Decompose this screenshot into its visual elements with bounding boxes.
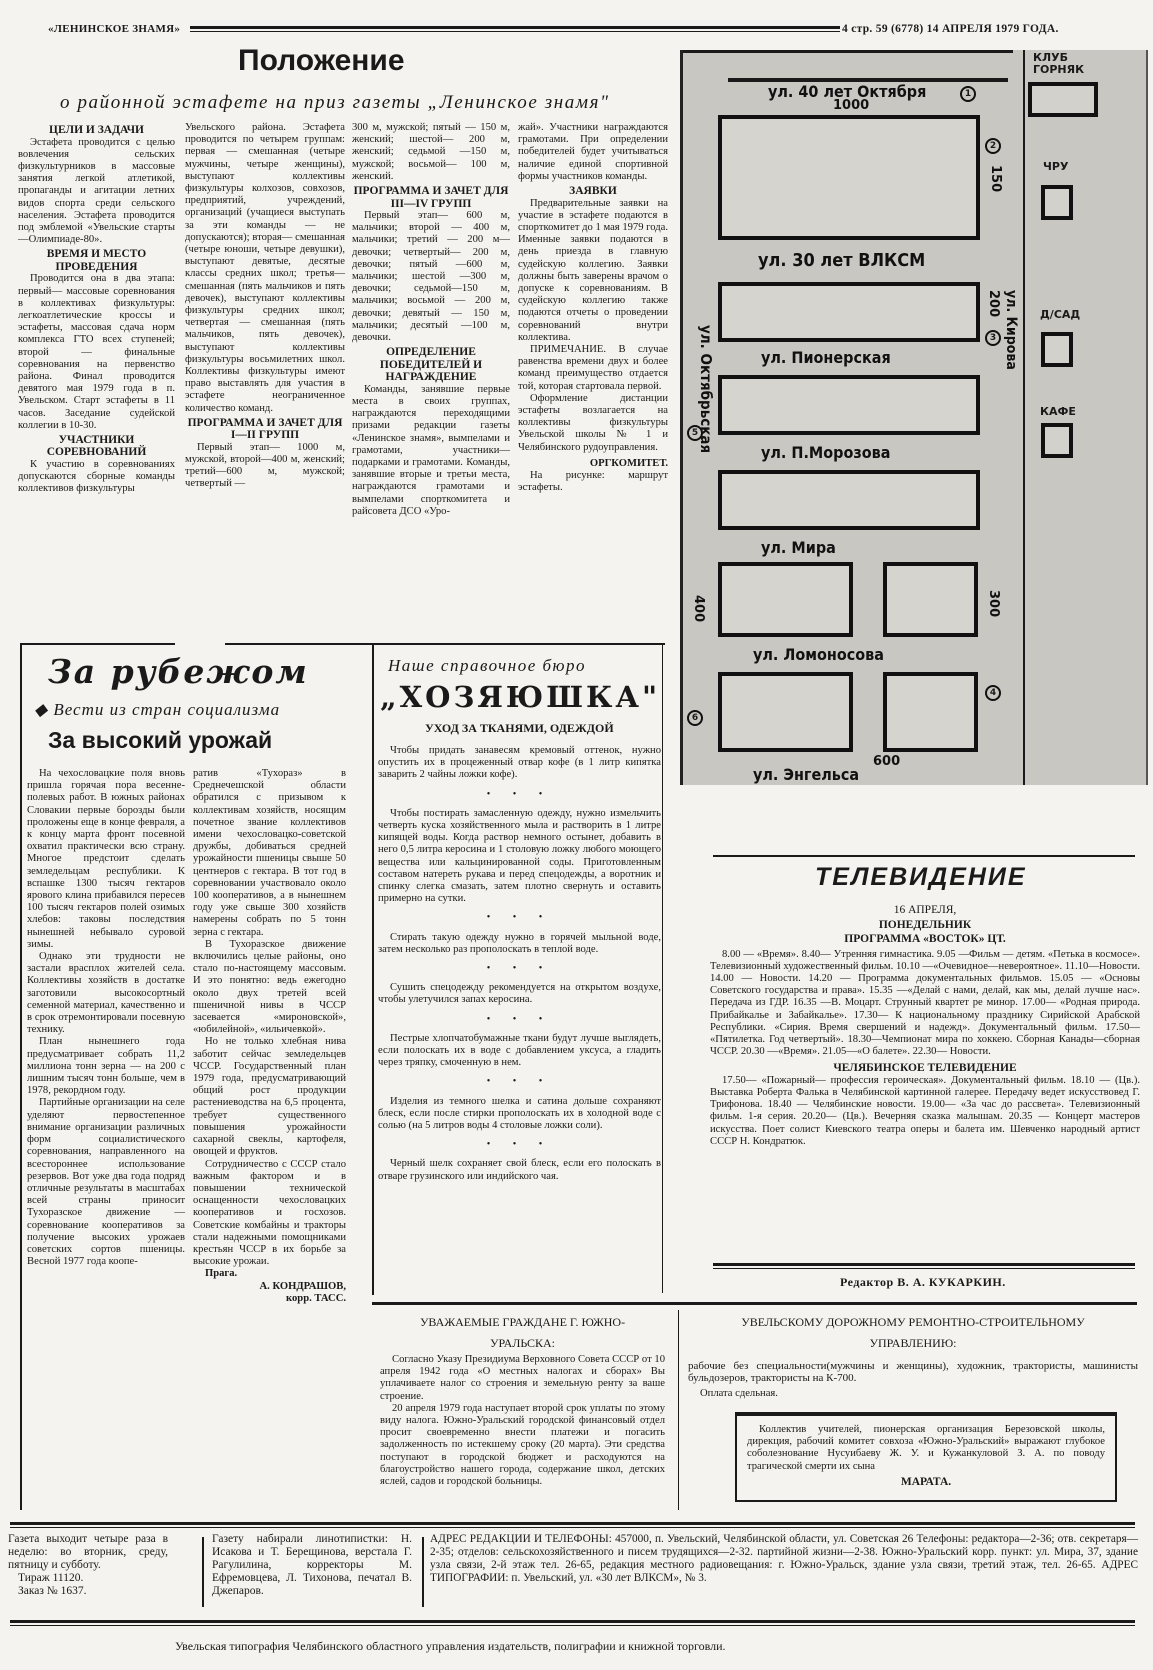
box-border bbox=[20, 643, 22, 1510]
tip: Пестрые хлопчатобумажные ткани будут луч… bbox=[378, 1033, 661, 1070]
paragraph: ПРИМЕЧАНИЕ. В случае равенства времени д… bbox=[518, 344, 668, 393]
paragraph: К участию в соревнованиях допускаются сб… bbox=[18, 459, 175, 496]
issue-info: 4 стр. 59 (6778) 14 АПРЕЛЯ 1979 ГОДА. bbox=[842, 23, 1059, 35]
separator: • • • bbox=[378, 789, 661, 801]
section-heading: ЦЕЛИ И ЗАДАЧИ bbox=[18, 124, 175, 137]
section-subtitle: УХОД ЗА ТКАНЯМИ, ОДЕЖДОЙ bbox=[425, 721, 614, 736]
checkpoint-marker: 1 bbox=[960, 86, 976, 102]
footer-schedule: Газета выходит четыре раза в неделю: во … bbox=[8, 1533, 168, 1598]
tv-program-title: ПРОГРАММА «ВОСТОК» ЦТ. bbox=[710, 933, 1140, 946]
distance-label: 600 bbox=[873, 754, 900, 769]
printer-credit: Увельская типография Челябинского област… bbox=[175, 1640, 726, 1653]
street-label: ул. 30 лет ВЛКСМ bbox=[758, 250, 925, 271]
newspaper-name: «ЛЕНИНСКОЕ ЗНАМЯ» bbox=[48, 23, 180, 35]
figure-caption: На рисунке: маршрут эстафеты. bbox=[518, 470, 668, 494]
city-block bbox=[718, 375, 980, 435]
paragraph: Увельского района. Эстафета проводится п… bbox=[185, 122, 345, 415]
abroad-col-1: На чехословацкие поля вновь пришла горяч… bbox=[27, 768, 185, 1268]
paragraph: Согласно Указу Президиума Верховного Сов… bbox=[380, 1354, 665, 1403]
rule bbox=[372, 1302, 1137, 1305]
relay-col-1: ЦЕЛИ И ЗАДАЧИ Эстафета проводится с цель… bbox=[18, 122, 175, 496]
paragraph: Команды, занявшие первые места в своих г… bbox=[352, 384, 510, 518]
tv-title: ТЕЛЕВИДЕНИЕ bbox=[815, 863, 1027, 892]
separator: • • • bbox=[378, 1139, 661, 1151]
tip: Изделия из темного шелка и сатина дольше… bbox=[378, 1096, 661, 1133]
landmark-label: КАФЕ bbox=[1040, 405, 1076, 418]
tax-notice-title: УВАЖАЕМЫЕ ГРАЖДАНЕ Г. ЮЖНО- bbox=[380, 1312, 665, 1333]
landmark-label: КЛУБ ГОРНЯК bbox=[1033, 52, 1093, 76]
paragraph: Первый этап— 600 м, мальчики; второй — 4… bbox=[352, 210, 510, 344]
typesetters-credit: Газету набирали линотипистки: Н. Исакова… bbox=[212, 1533, 412, 1598]
paragraph: 20 апреля 1979 года наступает второй сро… bbox=[380, 1403, 665, 1488]
rubric-subtitle-text: Вести из стран социализма bbox=[53, 700, 280, 719]
city-block bbox=[883, 562, 978, 637]
paragraph: жай». Участники награждаются грамотами. … bbox=[518, 122, 668, 183]
footer-rule bbox=[10, 1522, 1135, 1528]
tax-notice-title: УРАЛЬСКА: bbox=[380, 1333, 665, 1354]
tips-list: Чтобы придать занавесям кремовый оттенок… bbox=[378, 745, 661, 1183]
relay-col-2: Увельского района. Эстафета проводится п… bbox=[185, 122, 345, 491]
rubric-subtitle: ◆ Вести из стран социализма bbox=[34, 700, 280, 720]
tv-program-title: ЧЕЛЯБИНСКОЕ ТЕЛЕВИДЕНИЕ bbox=[710, 1062, 1140, 1075]
relay-route-map: ул. 40 лет Октября 1000 1 ул. 30 лет ВЛК… bbox=[680, 50, 1148, 785]
section-heading: ПРОГРАММА И ЗАЧЕТ ДЛЯ I—II ГРУПП bbox=[185, 417, 345, 442]
section-heading: ОПРЕДЕЛЕНИЕ ПОБЕДИТЕЛЕЙ И НАГРАЖДЕНИЕ bbox=[352, 346, 510, 384]
city-block bbox=[718, 470, 980, 530]
tip: Сушить спецодежду рекомендуется на откры… bbox=[378, 982, 661, 1006]
separator: • • • bbox=[378, 1076, 661, 1088]
paragraph: ратив «Тухораз» в Среднечешской области … bbox=[193, 768, 346, 939]
street-label: ул. Ломоносова bbox=[753, 645, 884, 664]
rubric-name: „ХОЗЯЮШКА" bbox=[380, 680, 660, 714]
author-role: корр. ТАСС. bbox=[193, 1293, 346, 1305]
job-ad-pay: Оплата сдельная. bbox=[688, 1388, 1138, 1400]
tv-program-listing: 17.50— «Пожарный— профессия героическая»… bbox=[710, 1075, 1140, 1148]
checkpoint-marker: 6 bbox=[687, 710, 703, 726]
circulation: Тираж 11120. bbox=[8, 1572, 168, 1585]
column-divider bbox=[678, 1310, 679, 1510]
rule bbox=[225, 643, 665, 645]
city-block bbox=[718, 115, 980, 240]
section-heading: ЗАЯВКИ bbox=[518, 185, 668, 198]
section-heading: ВРЕМЯ И МЕСТО ПРОВЕДЕНИЯ bbox=[18, 248, 175, 273]
paragraph: Предварительные заявки на участие в эста… bbox=[518, 198, 668, 344]
separator: • • • bbox=[378, 1014, 661, 1026]
rule bbox=[20, 643, 175, 645]
rule bbox=[713, 1263, 1135, 1269]
landmark-building bbox=[1041, 332, 1073, 367]
condolence-name: МАРАТА. bbox=[747, 1476, 1105, 1488]
distance-label: 200 bbox=[986, 290, 1001, 317]
street-label: ул. Энгельса bbox=[753, 765, 859, 784]
paragraph: Эстафета проводится с целью вовлечения с… bbox=[18, 137, 175, 247]
tip: Стирать такую одежду нужно в горячей мыл… bbox=[378, 932, 661, 956]
column-divider bbox=[202, 1537, 204, 1607]
checkpoint-marker: 2 bbox=[985, 138, 1001, 154]
tip: Черный шелк сохраняет свой блеск, если е… bbox=[378, 1158, 661, 1182]
article-title: Положение bbox=[238, 44, 405, 78]
landmark-label: Д/САД bbox=[1040, 308, 1080, 321]
editorial-address: АДРЕС РЕДАКЦИИ И ТЕЛЕФОНЫ: 457000, п. Ув… bbox=[430, 1533, 1138, 1585]
rule bbox=[713, 855, 1135, 857]
checkpoint-marker: 3 bbox=[985, 330, 1001, 346]
distance-label: 400 bbox=[691, 595, 706, 622]
landmark-building bbox=[1041, 423, 1073, 458]
distance-label: 300 bbox=[986, 590, 1001, 617]
rubric-title: За рубежом bbox=[48, 652, 309, 691]
section-heading: УЧАСТНИКИ СОРЕВНОВАНИЙ bbox=[18, 434, 175, 459]
separator: • • • bbox=[378, 912, 661, 924]
paragraph: На чехословацкие поля вновь пришла горяч… bbox=[27, 768, 185, 951]
column-divider bbox=[372, 643, 374, 1295]
street-label: ул. П.Морозова bbox=[761, 443, 890, 462]
publication-schedule: Газета выходит четыре раза в неделю: во … bbox=[8, 1533, 168, 1572]
tip: Чтобы придать занавесям кремовый оттенок… bbox=[378, 745, 661, 782]
rubric-title: Наше справочное бюро bbox=[388, 656, 586, 676]
job-ad-title: УПРАВЛЕНИЮ: bbox=[688, 1333, 1138, 1354]
author: А. КОНДРАШОВ, bbox=[193, 1281, 346, 1293]
paragraph: Но не только хлебная нива заботит сейчас… bbox=[193, 1036, 346, 1158]
city-block bbox=[718, 562, 853, 637]
street-label: ул. Пионерская bbox=[761, 348, 891, 367]
editor-credit: Редактор В. А. КУКАРКИН. bbox=[840, 1275, 1006, 1290]
tip: Чтобы постирать замасленную одежду, нужн… bbox=[378, 808, 661, 906]
paragraph: 300 м, мужской; пятый — 150 м, женский; … bbox=[352, 122, 510, 183]
masthead-rule bbox=[190, 26, 840, 32]
order-number: Заказ № 1637. bbox=[8, 1585, 168, 1598]
city-block bbox=[718, 672, 853, 752]
street-label: ул. Мира bbox=[761, 538, 836, 557]
dateline: Прага. bbox=[193, 1268, 346, 1280]
map-border bbox=[683, 50, 1013, 53]
separator: • • • bbox=[378, 963, 661, 975]
paragraph: Сотрудничество с СССР стало важным факто… bbox=[193, 1159, 346, 1269]
street-label: ул. Кирова bbox=[1003, 290, 1019, 370]
headline: За высокий урожай bbox=[48, 727, 272, 754]
city-block bbox=[718, 282, 980, 342]
tv-program-listing: 8.00 — «Время». 8.40— Утренняя гимнастик… bbox=[710, 949, 1140, 1059]
map-divider bbox=[1023, 50, 1025, 785]
paragraph: План нынешнего года предусматривает собр… bbox=[27, 1036, 185, 1097]
tax-notice: УВАЖАЕМЫЕ ГРАЖДАНЕ Г. ЮЖНО- УРАЛЬСКА: Со… bbox=[380, 1312, 665, 1488]
condolence-text: Коллектив учителей, пионерская организац… bbox=[747, 1424, 1105, 1473]
paragraph: Первый этап— 1000 м, мужской, второй—400… bbox=[185, 442, 345, 491]
tv-schedule: 16 АПРЕЛЯ, ПОНЕДЕЛЬНИК ПРОГРАММА «ВОСТОК… bbox=[710, 902, 1140, 1148]
column-divider bbox=[662, 643, 663, 1293]
relay-col-3: 300 м, мужской; пятый — 150 м, женский; … bbox=[352, 122, 510, 518]
paragraph: В Тухоразское движение включились целые … bbox=[193, 939, 346, 1037]
landmark-label: ЧРУ bbox=[1043, 160, 1068, 173]
paragraph: Партийные организации на селе уделяют пе… bbox=[27, 1097, 185, 1268]
paragraph: Однако эти трудности не застали врасплох… bbox=[27, 951, 185, 1036]
checkpoint-marker: 5 bbox=[687, 425, 703, 441]
abroad-col-2: ратив «Тухораз» в Среднечешской области … bbox=[193, 768, 346, 1305]
checkpoint-marker: 4 bbox=[985, 685, 1001, 701]
tv-weekday: ПОНЕДЕЛЬНИК bbox=[710, 919, 1140, 932]
tv-date: 16 АПРЕЛЯ, bbox=[710, 904, 1140, 917]
condolence-box: Коллектив учителей, пионерская организац… bbox=[735, 1412, 1117, 1502]
column-divider bbox=[422, 1537, 424, 1607]
paragraph: Оформление дистанции эстафеты возлагаетс… bbox=[518, 393, 668, 454]
relay-col-4: жай». Участники награждаются грамотами. … bbox=[518, 122, 668, 494]
article-subtitle: о районной эстафете на приз газеты „Лени… bbox=[60, 92, 610, 114]
job-ad-body: рабочие без специальности(мужчины и женщ… bbox=[688, 1360, 1138, 1384]
distance-label: 1000 bbox=[833, 98, 869, 113]
footer-rule bbox=[10, 1620, 1135, 1626]
landmark-building bbox=[1028, 82, 1098, 117]
distance-label: 150 bbox=[988, 165, 1003, 192]
section-heading: ПРОГРАММА И ЗАЧЕТ ДЛЯ III—IV ГРУПП bbox=[352, 185, 510, 210]
city-block bbox=[883, 672, 978, 752]
paragraph: Проводится она в два этапа: первый— масс… bbox=[18, 273, 175, 432]
signature: ОРГКОМИТЕТ. bbox=[518, 458, 668, 470]
job-ad: УВЕЛЬСКОМУ ДОРОЖНОМУ РЕМОНТНО-СТРОИТЕЛЬН… bbox=[688, 1312, 1138, 1401]
job-ad-title: УВЕЛЬСКОМУ ДОРОЖНОМУ РЕМОНТНО-СТРОИТЕЛЬН… bbox=[688, 1312, 1138, 1333]
landmark-building bbox=[1041, 185, 1073, 220]
